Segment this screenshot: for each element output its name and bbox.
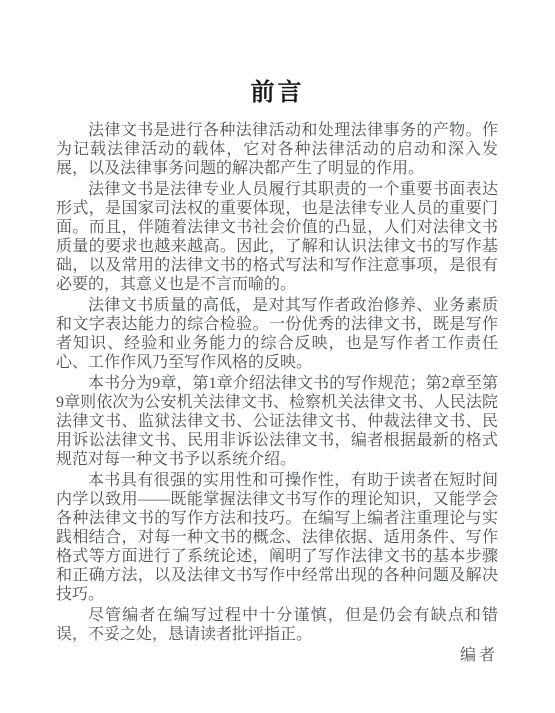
paragraph-6: 尽管编者在编写过程中十分谨慎，但是仍会有缺点和错误，不妥之处，恳请读者批评指正。 <box>56 606 498 644</box>
page-title: 前言 <box>0 0 555 106</box>
signature: 编者 <box>56 646 498 665</box>
paragraph-4: 本书分为9章，第1章介绍法律文书的写作规范；第2章至第9章则依次为公安机关法律文… <box>56 374 498 469</box>
document-page: 前言 法律文书是进行各种法律活动和处理法律事务的产物。作为记载法律活动的载体，它… <box>0 0 555 713</box>
paragraph-2: 法律文书是法律专业人员履行其职责的一个重要书面表达形式，是国家司法权的重要体现，… <box>56 180 498 294</box>
preface-body: 法律文书是进行各种法律活动和处理法律事务的产物。作为记载法律活动的载体，它对各种… <box>0 121 555 665</box>
paragraph-1: 法律文书是进行各种法律活动和处理法律事务的产物。作为记载法律活动的载体，它对各种… <box>56 121 498 178</box>
paragraph-3: 法律文书质量的高低，是对其写作者政治修养、业务素质和文字表达能力的综合检验。一份… <box>56 296 498 372</box>
paragraph-5: 本书具有很强的实用性和可操作性，有助于读者在短时间内学以致用——既能掌握法律文书… <box>56 471 498 604</box>
